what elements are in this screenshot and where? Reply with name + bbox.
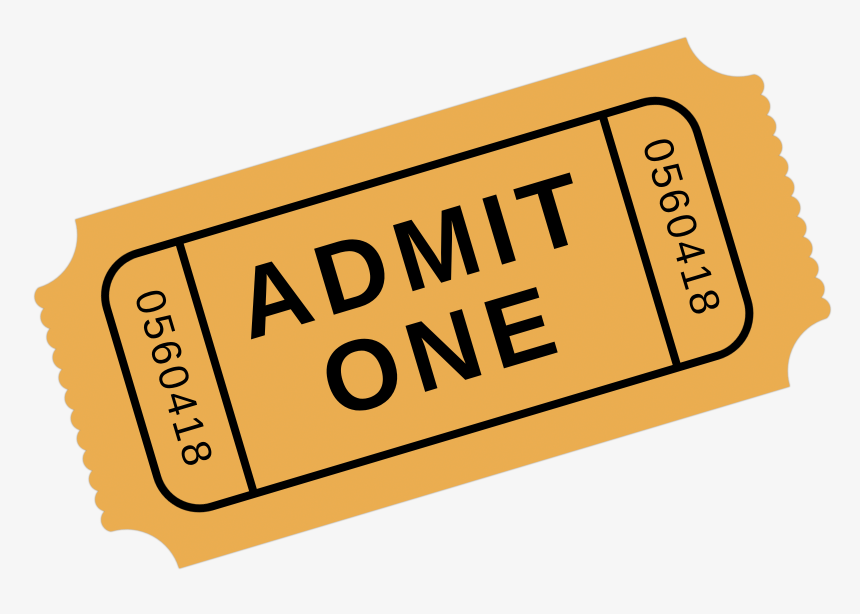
admit-one-ticket: ADMIT ONE 0560418 0560418 xyxy=(22,22,842,584)
